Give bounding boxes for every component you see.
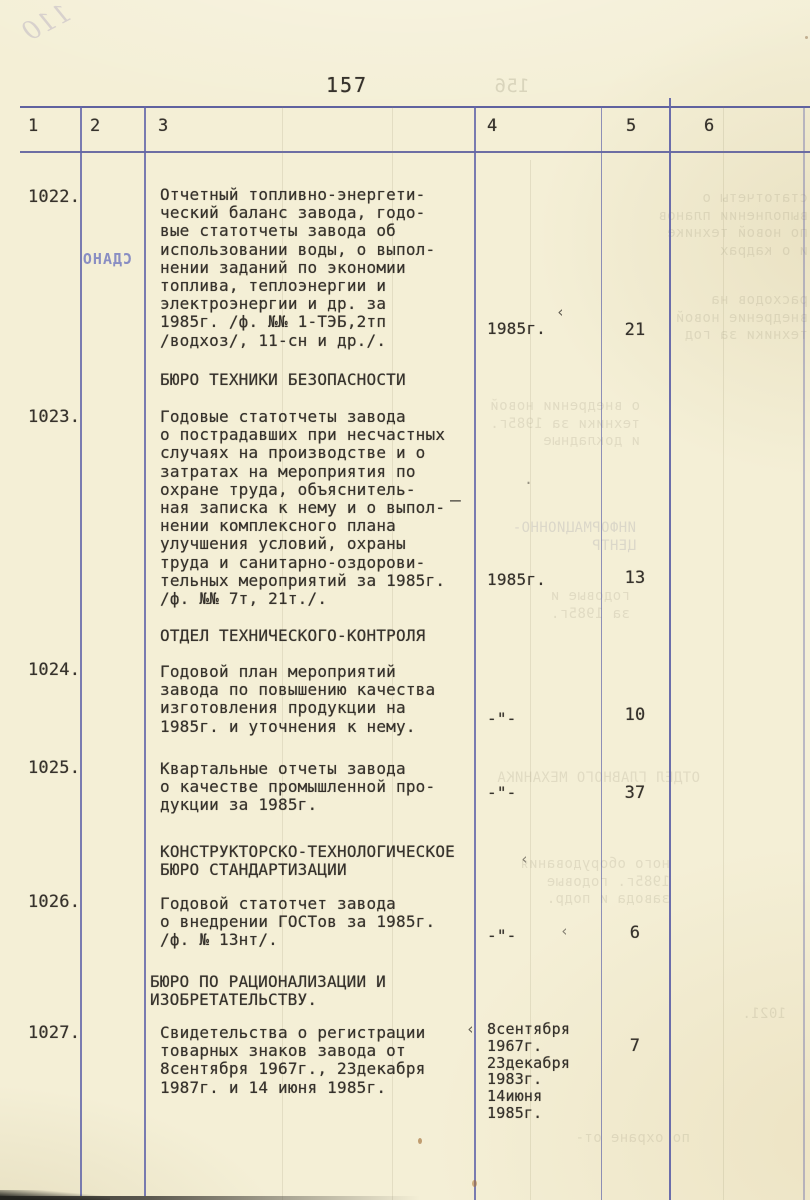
entry-number: 1022. [28, 188, 92, 206]
section-heading: БЮРО ТЕХНИКИ БЕЗОПАСНОСТИ [160, 371, 490, 389]
entry-description: Годовые статотчеты завода о пострадавших… [160, 408, 482, 608]
entry-sheet-count: 6 [601, 924, 669, 942]
section-heading: БЮРО ПО РАЦИОНАЛИЗАЦИИ И ИЗОБРЕТАТЕЛЬСТВ… [150, 973, 480, 1009]
paper-speck [805, 36, 808, 39]
entry-description: Свидетельства о регистрации товарных зна… [160, 1024, 482, 1097]
column-header-2: 2 [90, 117, 100, 135]
handwritten-note: 110 [18, 0, 76, 48]
bleedthrough-text: 1021. [742, 1006, 786, 1024]
entry-date: 1985г. [487, 320, 599, 338]
bleedthrough-text: статотчеты о выполнении планов по новой … [640, 190, 808, 260]
stray-mark: ‹ [466, 1020, 475, 1038]
entry-description: Отчетный топливно-энергети- ческий балан… [160, 186, 482, 350]
stray-mark: ‹ [560, 922, 569, 940]
bleedthrough-text: годовые и за 1985г. [480, 588, 630, 623]
entry-sheet-count: 37 [601, 784, 669, 802]
entry-date-list: 8сентября 1967г. 23декабря 1983г. 14июня… [487, 1021, 599, 1122]
bleedthrough-text: по охране от- [490, 1130, 690, 1148]
column-divider [669, 98, 671, 1200]
entry-description: Годовой статотчет завода о внедрении ГОС… [160, 895, 482, 950]
entry-date: 1985г. [487, 571, 599, 589]
bleedthrough-text: ИНФОРМАЦИОННО- ЦЕНТР [466, 520, 636, 555]
page-edge-line [803, 106, 805, 1200]
stray-mark: ‹ [520, 850, 529, 868]
stray-mark: — [450, 490, 461, 511]
entry-date-ditto: -"- [487, 784, 599, 802]
entry-number: 1023. [28, 408, 92, 426]
page-number: 157 [232, 76, 462, 94]
entry-sheet-count: 13 [601, 569, 669, 587]
sdano-stamp: СДАНО [76, 250, 132, 268]
column-header-1: 1 [28, 117, 38, 135]
bleedthrough-text: о внедрении новой техники за 1985г. и до… [480, 398, 640, 451]
column-header-5: 5 [626, 117, 636, 135]
column-header-3: 3 [158, 117, 168, 135]
entry-description: Квартальные отчеты завода о качестве про… [160, 760, 482, 815]
header-bottom-rule [20, 151, 810, 153]
paper-speck [472, 1180, 477, 1187]
stray-mark: ‹ [556, 303, 565, 321]
entry-sheet-count: 21 [601, 321, 669, 339]
bleedthrough-page-number: 156 [494, 78, 530, 96]
entry-description: Годовой план мероприятий завода по повыш… [160, 663, 482, 736]
section-heading: ОТДЕЛ ТЕХНИЧЕСКОГО-КОНТРОЛЯ [160, 627, 490, 645]
paper-speck [418, 1138, 422, 1144]
entry-sheet-count: 7 [601, 1037, 669, 1055]
stray-mark: · [524, 474, 533, 492]
entry-date-ditto: -"- [487, 927, 599, 945]
entry-sheet-count: 10 [601, 706, 669, 724]
bleedthrough-text: ного оборудования 1985г. годовые завода … [480, 856, 670, 909]
column-header-6: 6 [704, 117, 714, 135]
entry-number: 1025. [28, 759, 92, 777]
ghost-line [723, 106, 724, 1200]
table-top-rule [20, 106, 810, 108]
entry-date-ditto: -"- [487, 710, 599, 728]
column-divider [144, 106, 146, 1200]
column-divider [601, 106, 602, 1200]
entry-number: 1024. [28, 661, 92, 679]
section-heading: КОНСТРУКТОРСКО-ТЕХНОЛОГИЧЕСКОЕ БЮРО СТАН… [160, 843, 490, 879]
archive-inventory-page: 110 156 статотчеты о выполнении планов п… [0, 0, 810, 1200]
entry-number: 1026. [28, 893, 92, 911]
entry-number: 1027. [28, 1024, 92, 1042]
scan-corner-shadow [0, 1190, 110, 1200]
column-header-4: 4 [487, 117, 497, 135]
